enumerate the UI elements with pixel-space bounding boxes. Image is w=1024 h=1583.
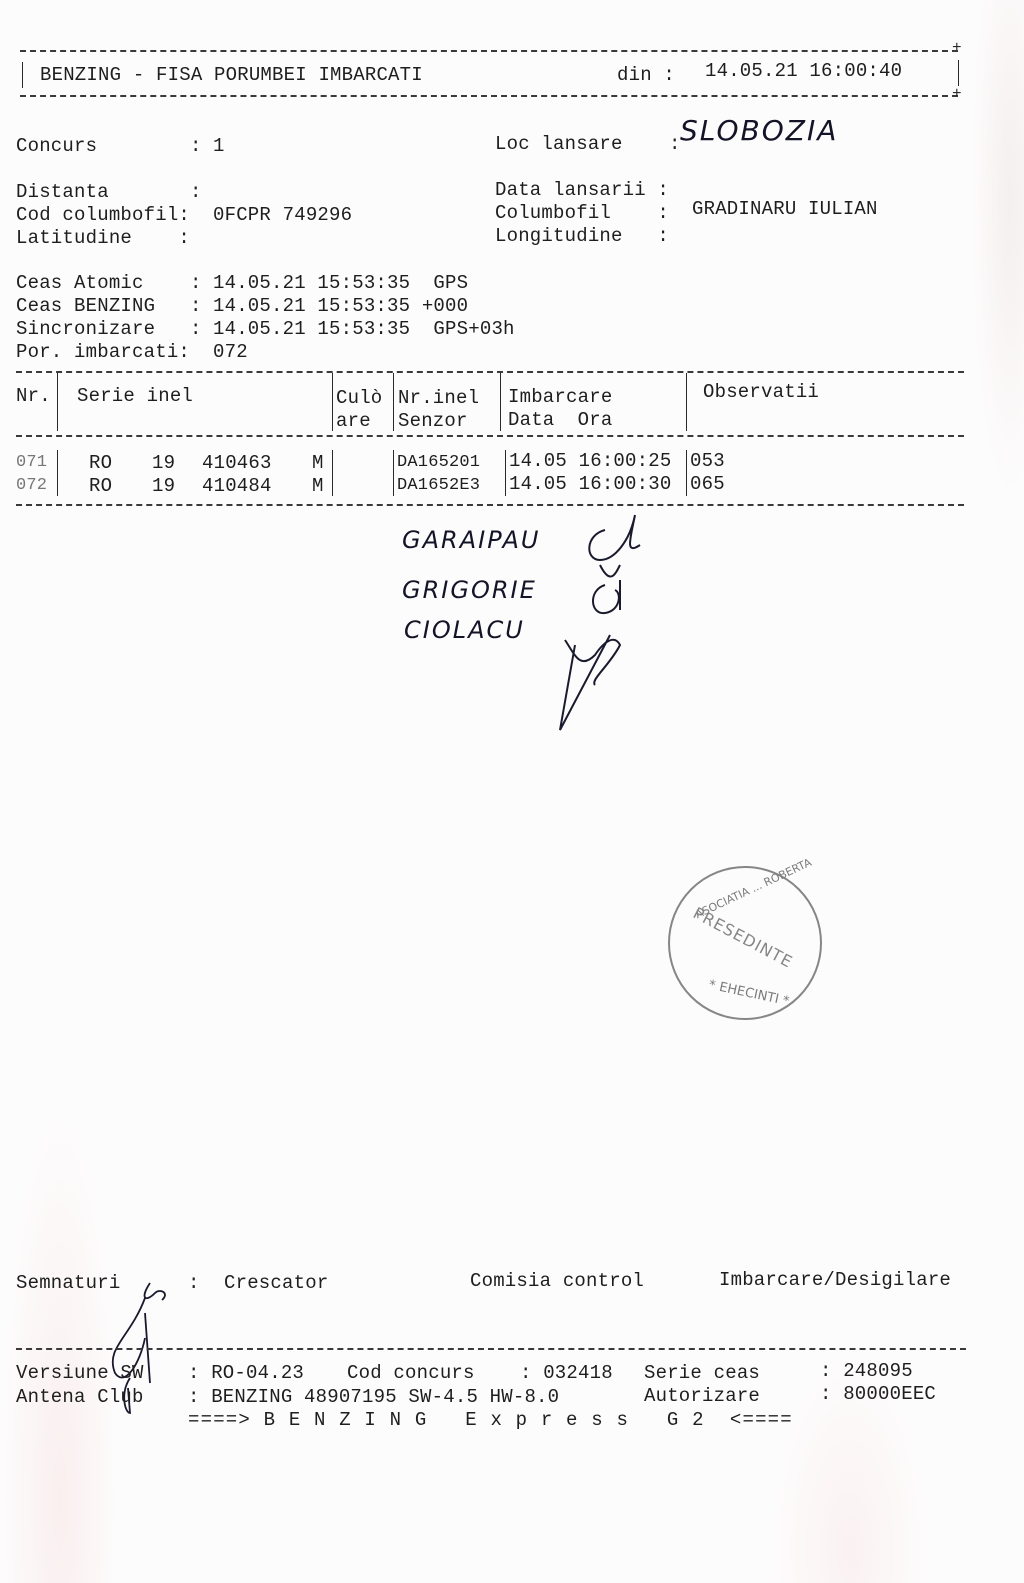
ceas-benzing-value: 14.05.21 15:53:35 +000 [213,295,468,317]
ceas-atomic-value: 14.05.21 15:53:35 GPS [213,272,468,294]
serie-ceas-value: : 248095 [820,1360,913,1382]
col-divider [332,450,333,496]
handwritten-name: GARAIPAU [402,526,540,554]
col-divider [57,450,58,496]
col-divider [57,373,58,431]
porumbei-imbarcati-value: 072 [213,341,248,363]
header-top-border [20,50,958,52]
header-bottom-border [20,95,958,97]
header-nr-inel-1: Nr.inel [398,387,479,409]
cell-an: 19 [152,475,175,497]
serie-ceas-label: Serie ceas [644,1362,760,1384]
col-divider [686,373,687,431]
cell-data-ora: 14.05 16:00:25 [509,450,671,472]
cell-observatii: 053 [690,450,725,472]
cell-nr: 071 [16,452,47,474]
stamp-bottom-text: * EHECINTI * [707,978,790,1010]
handwritten-name: CIOLACU [404,616,525,644]
imbarcare-desigilare-label: Imbarcare/Desigilare [719,1269,951,1291]
header-separator [16,435,964,437]
crescator-label: Crescator [224,1272,328,1294]
semnaturi-colon: : [188,1272,200,1294]
comisia-control-label: Comisia control [470,1270,644,1292]
cell-an: 19 [152,452,175,474]
data-lansarii-label: Data lansarii : [495,179,669,201]
header-nr-inel-2: Senzor [398,410,468,432]
col-divider [505,450,506,496]
corner-plus: + [952,40,962,56]
col-divider [393,373,394,431]
cod-columbofil-value: 0FCPR 749296 [213,204,352,226]
antena-club-value: : BENZING 48907195 SW-4.5 HW-8.0 [188,1386,559,1408]
cell-tara: RO [89,475,112,497]
footer-separator [16,1348,966,1350]
header-serie-inel: Serie inel [77,385,193,407]
col-divider [332,373,333,431]
autorizare-label: Autorizare [644,1385,760,1407]
handwritten-name: GRIGORIE [402,576,537,604]
corner-plus: + [952,86,962,102]
header-culoare-1: Culò [336,387,382,409]
cell-senzor: DA1652E3 [397,475,480,497]
columbofil-value: GRADINARU IULIAN [692,198,878,220]
autorizare-value: : 80000EEC [820,1383,936,1405]
versiune-sw-label: Versiune SW [16,1362,144,1384]
document-title: BENZING - FISA PORUMBEI IMBARCATI [40,64,423,86]
loc-lansare-label: Loc lansare : [495,133,681,155]
cod-columbofil-label: Cod columbofil: [16,204,190,226]
header-right-border [958,60,959,86]
header-observatii: Observatii [703,381,819,403]
porumbei-imbarcati-label: Por. imbarcati: [16,341,190,363]
header-imbarcare-2: Data Ora [508,409,612,431]
din-label: din : [617,64,675,86]
columbofil-label: Columbofil : [495,202,669,224]
table-bottom-border [16,504,964,506]
versiune-sw-value: : RO-04.23 [188,1362,304,1384]
sincronizare-label: Sincronizare : [16,318,202,340]
header-imbarcare-1: Imbarcare [508,386,612,408]
col-divider [686,450,687,496]
concurs-value: 1 [213,135,225,157]
ceas-benzing-label: Ceas BENZING : [16,295,202,317]
longitudine-label: Longitudine : [495,225,669,247]
cell-inel: 410484 [202,475,272,497]
cell-nr: 072 [16,475,47,497]
sincronizare-value: 14.05.21 15:53:35 GPS+03h [213,318,515,340]
table-top-border [16,371,964,373]
cell-sex: M [312,475,324,497]
latitudine-label: Latitudine : [16,227,190,249]
presedinte-stamp: ASOCIATIA ... ROBERTA PRESEDINTE * EHECI… [668,866,822,1020]
cell-observatii: 065 [690,473,725,495]
cell-data-ora: 14.05 16:00:30 [509,473,671,495]
header-left-border [22,62,23,88]
cell-inel: 410463 [202,452,272,474]
cell-tara: RO [89,452,112,474]
header-nr: Nr. [16,385,51,407]
signature-scribbles [560,505,660,735]
header-culoare-2: are [336,410,371,432]
cod-concurs-value: : 032418 [520,1362,613,1384]
col-divider [500,373,501,431]
ceas-atomic-label: Ceas Atomic : [16,272,202,294]
cell-senzor: DA165201 [397,452,480,474]
distanta-label: Distanta : [16,181,202,203]
stamp-center-text: PRESEDINTE [690,903,796,971]
cell-sex: M [312,452,324,474]
benzing-express-banner: ====> B E N Z I N G E x p r e s s G 2 <=… [188,1409,793,1431]
concurs-label: Concurs : [16,135,202,157]
din-timestamp: 14.05.21 16:00:40 [705,60,902,82]
cod-concurs-label: Cod concurs [347,1362,475,1384]
antena-club-label: Antena Club [16,1386,144,1408]
loc-lansare-handwritten: SLOBOZIA [680,114,838,147]
col-divider [393,450,394,496]
